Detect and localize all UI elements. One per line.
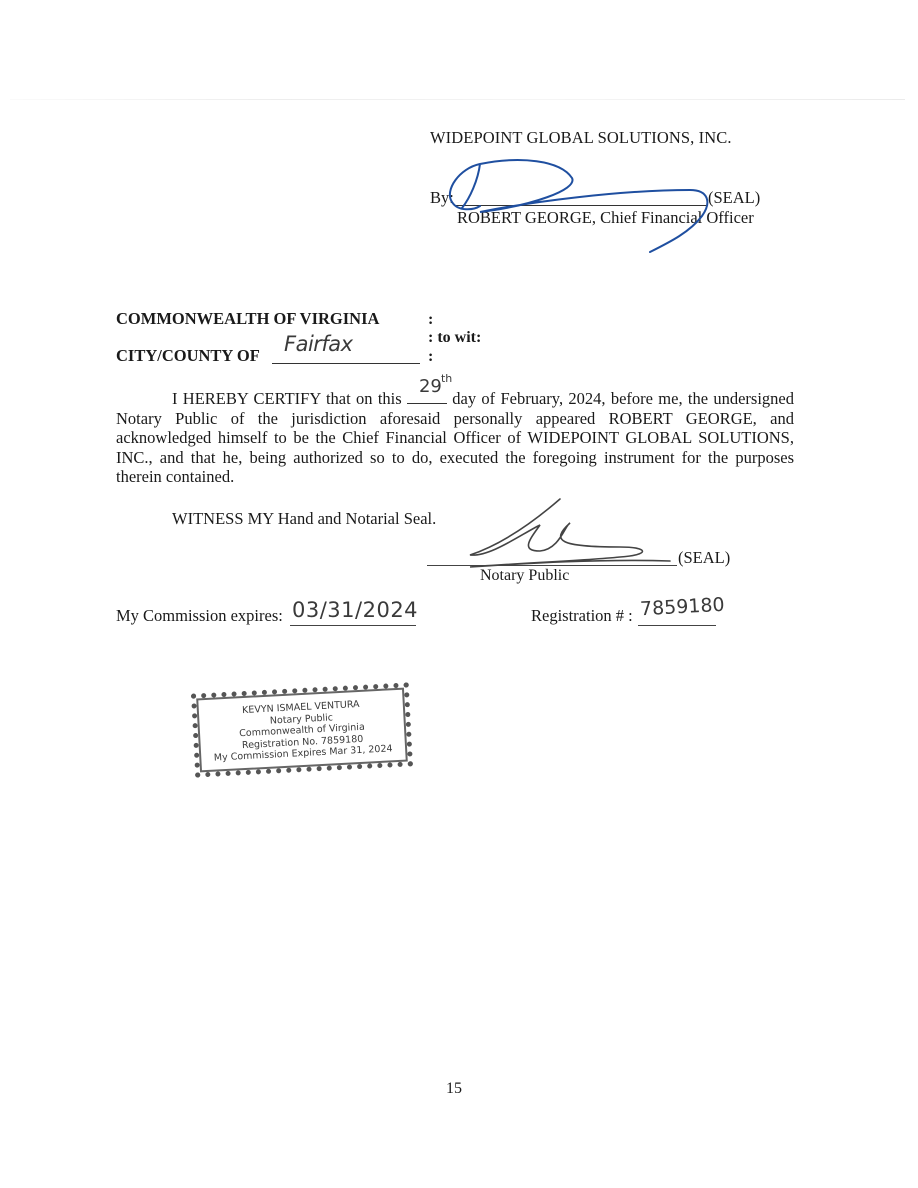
notary-signature <box>440 495 680 575</box>
county-handwritten-value: Fairfax <box>284 332 353 356</box>
state-heading: COMMONWEALTH OF VIRGINIA <box>116 309 379 329</box>
day-handwritten-value: 29 <box>419 377 442 397</box>
page-number: 15 <box>446 1080 462 1098</box>
county-label: CITY/COUNTY OF <box>116 346 260 366</box>
scan-artifact-line <box>10 99 905 100</box>
company-name: WIDEPOINT GLOBAL SOLUTIONS, INC. <box>430 128 732 148</box>
commission-expires-value: 03/31/2024 <box>292 598 418 622</box>
registration-fill-line <box>638 625 716 626</box>
day-fill-field: 29th <box>407 387 447 404</box>
cert-text-start: I HEREBY CERTIFY that on this <box>172 389 402 408</box>
notary-public-label: Notary Public <box>480 567 569 585</box>
notary-seal-label: (SEAL) <box>678 548 730 568</box>
witness-statement: WITNESS MY Hand and Notarial Seal. <box>172 509 436 529</box>
registration-value: 7859180 <box>639 594 725 620</box>
to-wit-label: : to wit: <box>428 329 481 347</box>
certification-paragraph: I HEREBY CERTIFY that on this 29th day o… <box>116 387 794 487</box>
commission-fill-line <box>290 625 416 626</box>
registration-label: Registration # : <box>531 606 633 626</box>
colon-separator: : <box>428 348 433 366</box>
day-suffix: th <box>441 369 452 389</box>
county-fill-line <box>272 363 420 364</box>
cfo-signature <box>440 150 720 260</box>
commission-expires-label: My Commission expires: <box>116 606 283 626</box>
colon-separator: : <box>428 311 433 329</box>
notary-stamp: KEVYN ISMAEL VENTURA Notary Public Commo… <box>191 682 413 777</box>
notary-signature-line <box>427 565 677 566</box>
